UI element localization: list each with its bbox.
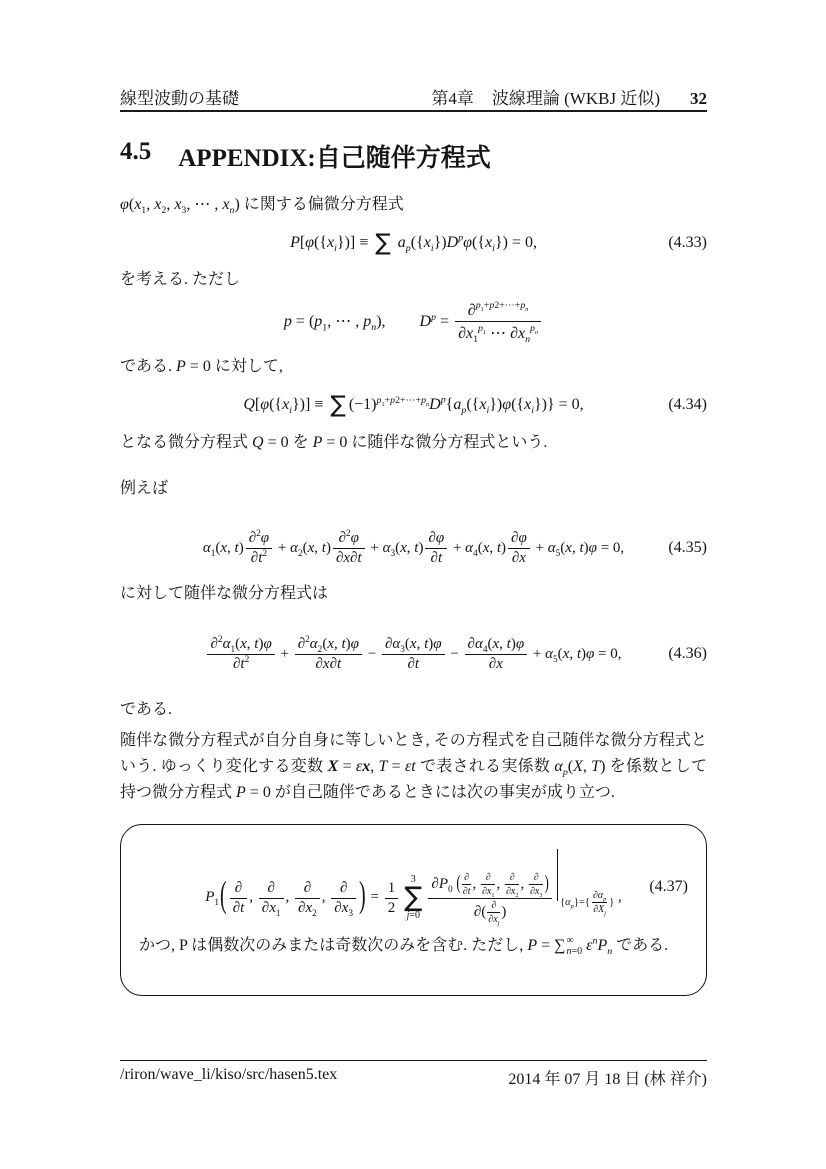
equation-4-34: Q[φ({xi})] ≡ ∑(−1)p1+p2+⋯+pnDp{ap({xi})φ… <box>120 390 707 420</box>
section-number: 4.5 <box>120 138 151 174</box>
chapter-title: 波線理論 (WKBJ 近似) <box>492 84 660 109</box>
paragraph-intro: φ(x1, x2, x3, ⋯ , xn) に関する偏微分方程式 <box>120 192 707 218</box>
paragraph-dearu: である. <box>120 697 707 723</box>
footer-date-author: 2014 年 07 月 18 日 (林 祥介) <box>508 1066 707 1089</box>
paragraph-after-435: に対して随伴な微分方程式は <box>120 581 707 607</box>
paragraph-dearu-p: である. P = 0 に対して, <box>120 354 707 380</box>
paragraph-example: 例えば <box>120 476 707 502</box>
equation-number-4-35: (4.35) <box>668 539 707 557</box>
equation-4-35: α1(x, t)∂2φ∂t2 + α2(x, t)∂2φ∂x∂t + α3(x,… <box>120 520 707 576</box>
header-rule <box>120 110 707 112</box>
doc-title: 線型波動の基礎 <box>120 84 239 109</box>
box-note: かつ, P は偶数次のみまたは奇数次のみを含む. ただし, P = ∑∞n=0 … <box>139 933 690 959</box>
equation-4-33: P[φ({xi})] ≡ ∑ ap({xi})Dpφ({xi}) = 0, (4… <box>120 228 707 258</box>
header-right: 第4章 波線理論 (WKBJ 近似) 32 <box>431 84 707 109</box>
equation-defp-body: p = (p1, ⋯ , pn),Dp = ∂p1+p2+⋯+pn∂x1p1 ⋯… <box>284 302 543 343</box>
equation-4-35-body: α1(x, t)∂2φ∂t2 + α2(x, t)∂2φ∂x∂t + α3(x,… <box>203 530 624 567</box>
equation-4-36-body: ∂2α1(x, t)φ∂t2 + ∂2α2(x, t)φ∂x∂t − ∂α3(x… <box>205 636 621 673</box>
footer-source-path: /riron/wave_li/kiso/src/hasen5.tex <box>120 1066 337 1089</box>
equation-number-4-33: (4.33) <box>668 234 707 252</box>
paragraph-self-adjoint: 随伴な微分方程式が自分自身に等しいとき, その方程式を自己随伴な微分方程式という… <box>120 728 707 806</box>
equation-number-4-37: (4.37) <box>649 878 688 896</box>
page-footer: /riron/wave_li/kiso/src/hasen5.tex 2014 … <box>120 1066 707 1089</box>
equation-4-34-body: Q[φ({xi})] ≡ ∑(−1)p1+p2+⋯+pnDp{ap({xi})φ… <box>243 392 583 418</box>
section-heading: 4.5 APPENDIX:自己随伴方程式 <box>120 138 707 174</box>
paragraph-consider: を考える. ただし <box>120 267 707 293</box>
chapter-label: 第4章 <box>431 84 474 109</box>
equation-number-4-36: (4.36) <box>668 645 707 663</box>
paragraph-adjoint-definition: となる微分方程式 Q = 0 を P = 0 に随伴な微分方程式という. <box>120 430 707 456</box>
page-header: 線型波動の基礎 第4章 波線理論 (WKBJ 近似) 32 <box>120 84 707 109</box>
equation-4-37-body: P1(∂∂t, ∂∂x1, ∂∂x2, ∂∂x3) = 123∑j=0∂P0 (… <box>205 849 622 924</box>
equation-4-37: P1(∂∂t, ∂∂x1, ∂∂x2, ∂∂x3) = 123∑j=0∂P0 (… <box>131 839 696 935</box>
equation-4-36: ∂2α1(x, t)φ∂t2 + ∂2α2(x, t)φ∂x∂t − ∂α3(x… <box>120 624 707 684</box>
equation-4-33-body: P[φ({xi})] ≡ ∑ ap({xi})Dpφ({xi}) = 0, <box>290 230 537 256</box>
section-title-text: APPENDIX:自己随伴方程式 <box>178 138 491 174</box>
page-number: 32 <box>690 89 707 109</box>
result-box: P1(∂∂t, ∂∂x1, ∂∂x2, ∂∂x3) = 123∑j=0∂P0 (… <box>120 824 707 996</box>
equation-defp: p = (p1, ⋯ , pn),Dp = ∂p1+p2+⋯+pn∂x1p1 ⋯… <box>120 294 707 350</box>
equation-number-4-34: (4.34) <box>668 396 707 414</box>
footer-rule <box>120 1060 707 1061</box>
document-page: 線型波動の基礎 第4章 波線理論 (WKBJ 近似) 32 4.5 APPEND… <box>0 0 826 1169</box>
